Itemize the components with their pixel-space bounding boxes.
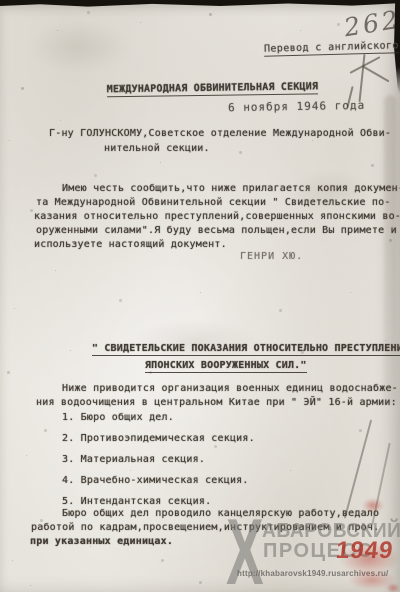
paper-stain <box>30 22 130 72</box>
list-item: 4. Врачебно-химическая секция. <box>62 475 249 487</box>
body-line: та Международной Обвинительной секции " … <box>36 197 391 209</box>
quoted-title-line: ЯПОНСКИХ ВООРУЖЕННЫХ СИЛ." <box>120 348 307 384</box>
body-line: используете настоящий документ. <box>34 239 227 251</box>
body-line: казания относительно преступлений,соверш… <box>34 211 400 223</box>
signature: ГЕНРИ ХЮ. <box>240 251 303 262</box>
body-line: Бюро общих дел проводило канцелярскую ра… <box>62 508 379 520</box>
red-ink-splotch <box>362 498 384 513</box>
red-ink-splotch <box>386 583 400 592</box>
watermark-initial-letter: Х <box>226 505 264 592</box>
translation-note: Перевод с английского <box>264 40 399 55</box>
scanned-document-page: 262 Перевод с английского МЕЖДУНАРОДНАЯ … <box>0 0 400 592</box>
list-item: 5. Интендантская секция. <box>62 496 211 508</box>
scan-edge-top <box>0 0 400 7</box>
list-item: 2. Противоэпидемическая секция. <box>62 433 255 445</box>
body-line: ния водоочищения в центральном Китае при… <box>36 397 397 409</box>
body-line: Ниже приводится организация военных един… <box>62 383 398 395</box>
translation-note-text: Перевод с английского <box>264 40 399 57</box>
section-heading-text: МЕЖДУНАРОДНАЯ ОБВИНИТЕЛЬНАЯ СЕКЦИЯ <box>107 81 319 97</box>
list-item: 1. Бюро общих дел. <box>62 412 174 424</box>
body-line: при указанных единицах. <box>30 536 173 548</box>
body-line: оруженными силами".Я буду весьма польщен… <box>36 225 397 237</box>
addressee-line: Г-ну ГОЛУНСКОМУ,Советское отделение Межд… <box>49 128 391 140</box>
addressee-line: нительной секции. <box>104 143 210 155</box>
body-line: Имею честь сообщить,что ниже прилагается… <box>62 183 400 195</box>
list-item: 3. Материальная секция. <box>62 454 205 466</box>
document-date: 6 ноября 1946 года <box>228 99 365 114</box>
quoted-title-text: ЯПОНСКИХ ВООРУЖЕННЫХ СИЛ." <box>145 360 307 373</box>
handwritten-page-number: 262 <box>342 5 400 43</box>
